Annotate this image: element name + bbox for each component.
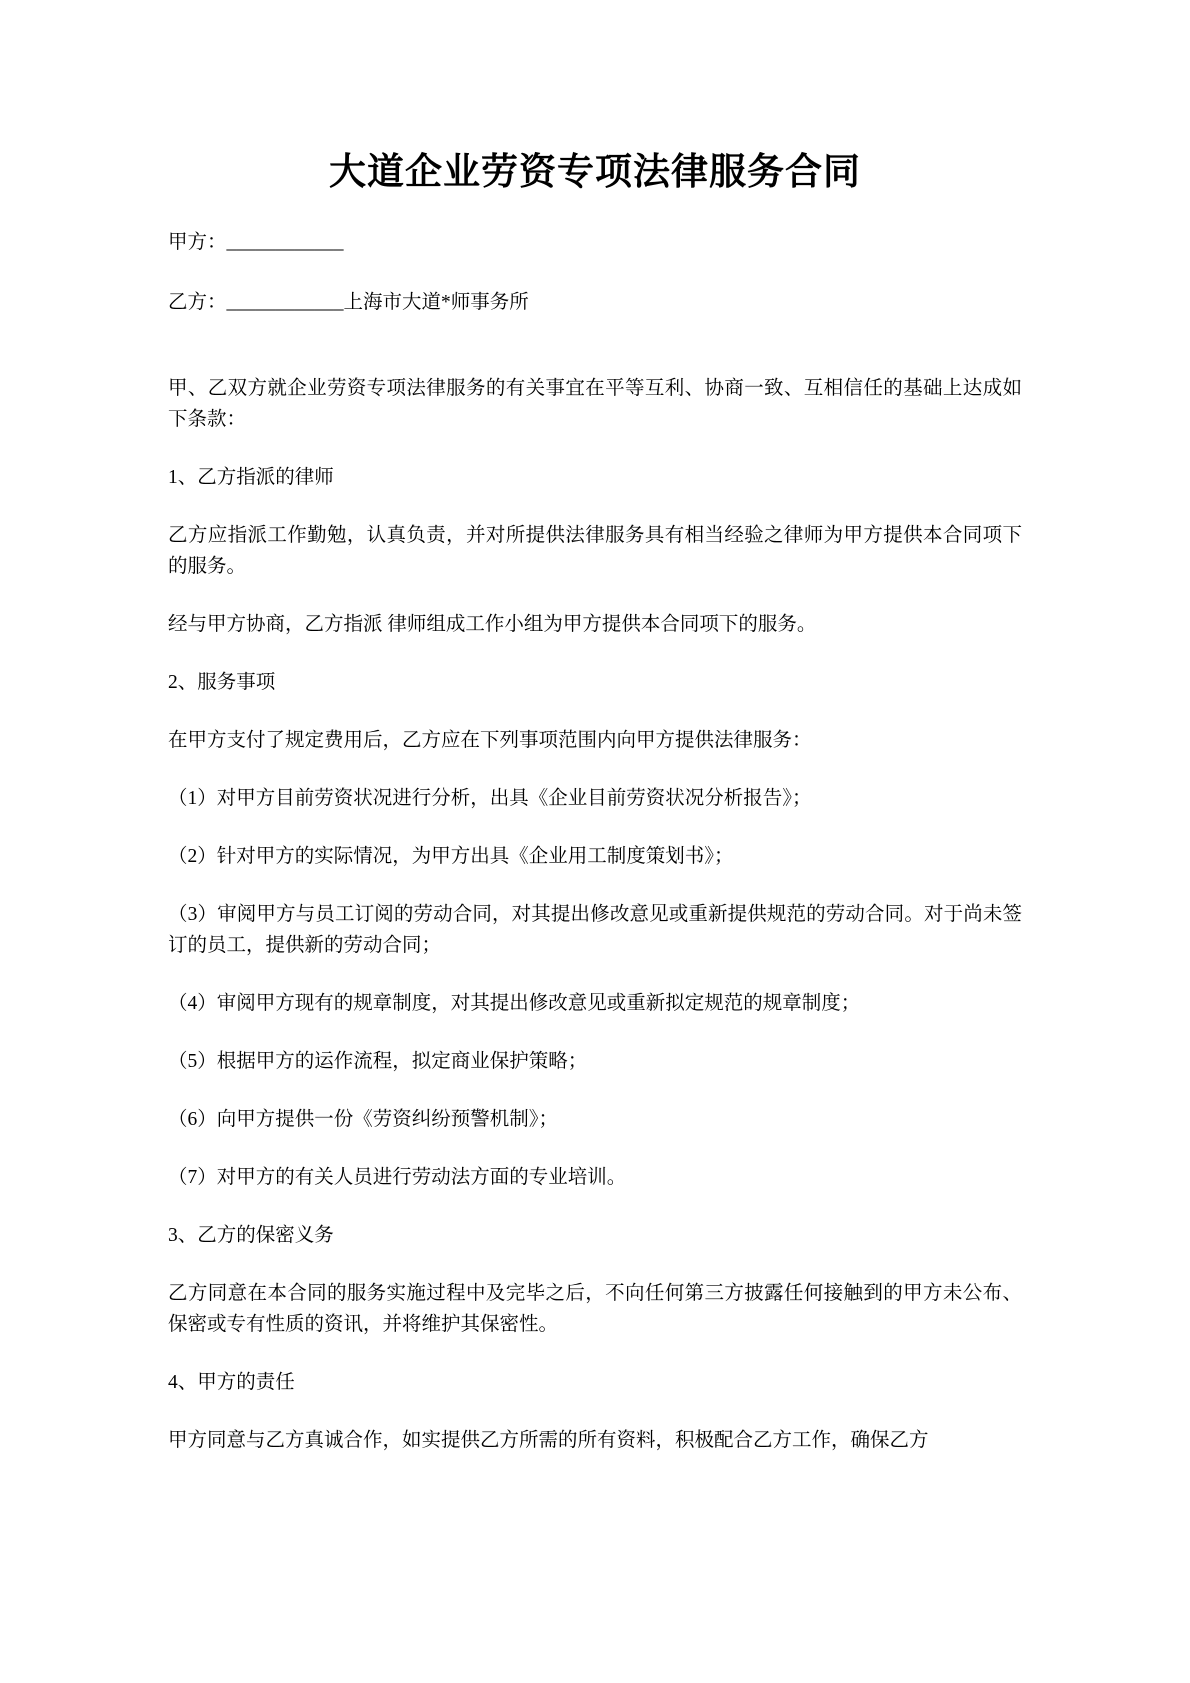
contract-page: 大道企业劳资专项法律服务合同 甲方：____________ 乙方：______… [0,0,1190,1683]
party-a-label: 甲方： [168,232,227,253]
section-3-paragraph-1: 乙方同意在本合同的服务实施过程中及完毕之后，不向任何第三方披露任何接触到的甲方未… [168,1278,1022,1340]
contract-title: 大道企业劳资专项法律服务合同 [168,148,1022,198]
party-b-blank: ____________ [227,292,344,313]
party-b-label: 乙方： [168,292,227,313]
section-4-heading: 4、甲方的责任 [168,1367,1022,1398]
section-1-heading: 1、乙方指派的律师 [168,462,1022,493]
section-2-item-2: （2）针对甲方的实际情况，为甲方出具《企业用工制度策划书》； [168,841,1022,872]
section-2-item-1: （1）对甲方目前劳资状况进行分析，出具《企业目前劳资状况分析报告》； [168,783,1022,814]
party-b-line: 乙方：____________上海市大道*师事务所 [168,287,1022,318]
intro-paragraph: 甲、乙双方就企业劳资专项法律服务的有关事宜在平等互利、协商一致、互相信任的基础上… [168,373,1022,435]
section-2-item-4: （4）审阅甲方现有的规章制度，对其提出修改意见或重新拟定规范的规章制度； [168,988,1022,1019]
section-2-heading: 2、服务事项 [168,667,1022,698]
section-4-paragraph-1: 甲方同意与乙方真诚合作，如实提供乙方所需的所有资料，积极配合乙方工作，确保乙方 [168,1425,1022,1456]
section-2-item-6: （6）向甲方提供一份《劳资纠纷预警机制》； [168,1104,1022,1135]
section-1-paragraph-1: 乙方应指派工作勤勉，认真负责，并对所提供法律服务具有相当经验之律师为甲方提供本合… [168,520,1022,582]
section-1-paragraph-2: 经与甲方协商，乙方指派 律师组成工作小组为甲方提供本合同项下的服务。 [168,609,1022,640]
party-a-line: 甲方：____________ [168,227,1022,258]
section-2-item-7: （7）对甲方的有关人员进行劳动法方面的专业培训。 [168,1162,1022,1193]
section-2-item-5: （5）根据甲方的运作流程，拟定商业保护策略； [168,1046,1022,1077]
party-b-name: 上海市大道*师事务所 [344,292,529,313]
section-2-paragraph-1: 在甲方支付了规定费用后，乙方应在下列事项范围内向甲方提供法律服务： [168,725,1022,756]
section-2-item-3: （3）审阅甲方与员工订阅的劳动合同，对其提出修改意见或重新提供规范的劳动合同。对… [168,899,1022,961]
section-3-heading: 3、乙方的保密义务 [168,1220,1022,1251]
party-a-blank: ____________ [227,232,344,253]
